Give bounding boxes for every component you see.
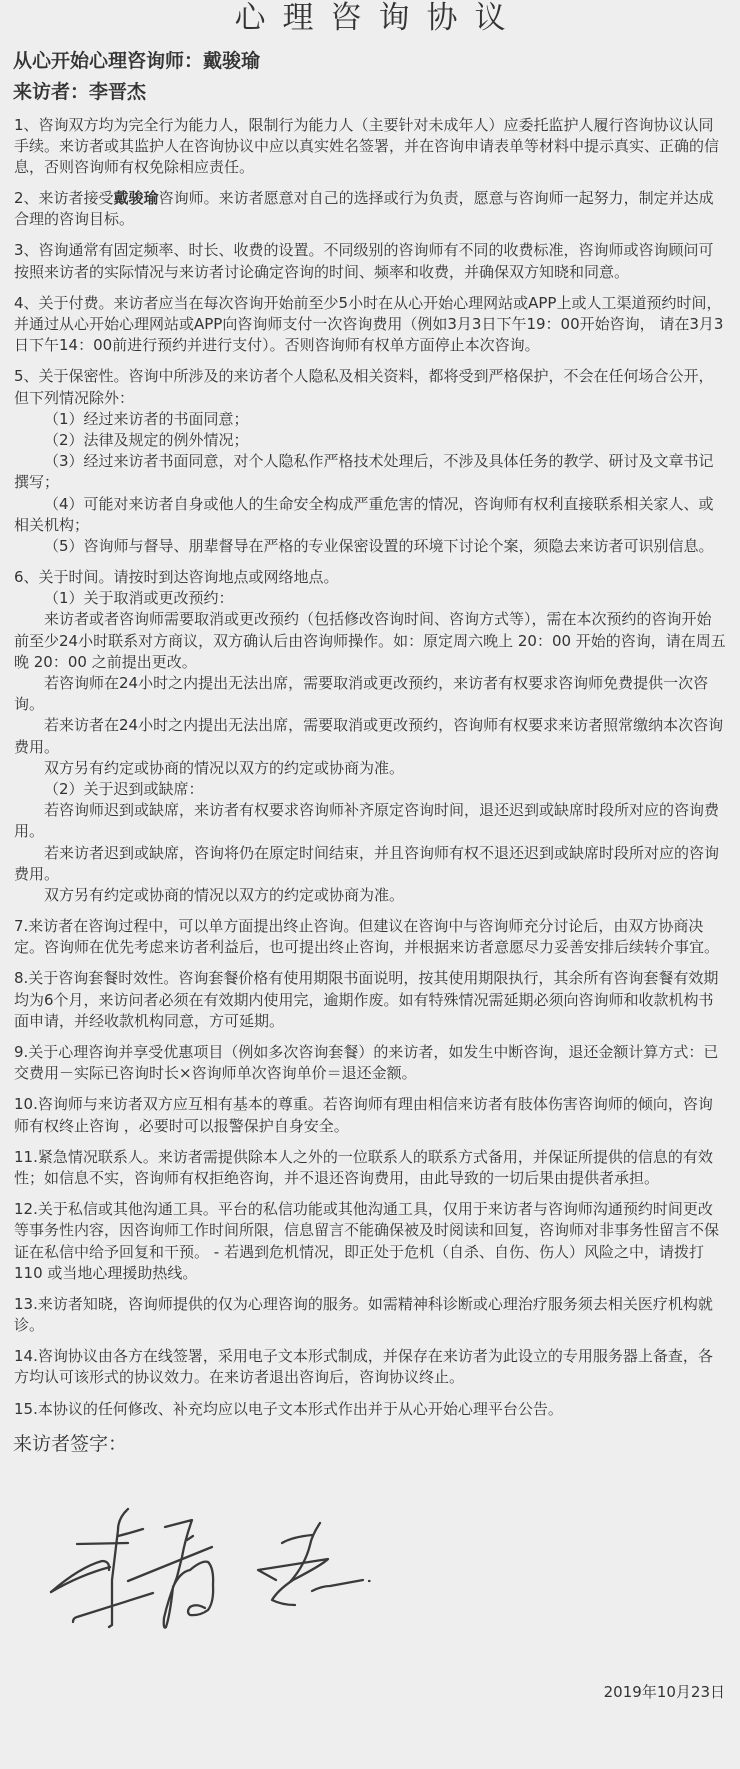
clause-12: 12.关于私信或其他沟通工具。平台的私信功能或其他沟通工具，仅用于来访者与咨询师… (14, 1199, 740, 1284)
counselor-name: 戴骏瑜 (203, 50, 260, 72)
clause-line: 6、关于时间。请按时到达咨询地点或网络地点。 (14, 567, 740, 588)
clause-7: 7.来访者在咨询过程中，可以单方面提出终止咨询。但建议在咨询中与咨询师充分讨论后… (14, 916, 740, 958)
signature-label: 来访者签字： (0, 1430, 740, 1458)
section-line: 用。 (14, 821, 740, 842)
clause-line: 3、咨询通常有固定频率、时长、收费的设置。不同级别的咨询师有不同的收费标准，咨询… (14, 240, 740, 261)
clause-14: 14.咨询协议由各方在线签署，采用电子文本形式制成，并保存在来访者为此设立的专用… (14, 1346, 740, 1388)
section-paragraph: 双方另有约定或协商的情况以双方的约定或协商为准。 (14, 885, 740, 906)
clause-line: 1、咨询双方均为完全行为能力人，限制行为能力人（主要针对未成年人）应委托监护人履… (14, 115, 740, 136)
section-paragraph: 若咨询师在24小时之内提出无法出席，需要取消或更改预约，来访者有权要求咨询师免费… (14, 673, 740, 715)
confidentiality-exception-3: （3）经过来访者书面同意，对个人隐私作严格技术处理后，不涉及具体任务的教学、研讨… (14, 451, 740, 493)
clause-11: 11.紧急情况联系人。来访者需提供除本人之外的一位联系人的联系方式备用，并保证所… (14, 1147, 740, 1189)
signature-stroke (282, 1535, 312, 1543)
signature-stroke (118, 1529, 143, 1536)
visitor-label: 来访者： (13, 81, 89, 103)
section-line: 前至少24小时联系对方商议，双方确认后由咨询师操作。如：原定周六晚上 20：00… (14, 631, 740, 652)
clause-1: 1、咨询双方均为完全行为能力人，限制行为能力人（主要针对未成年人）应委托监护人履… (14, 115, 740, 179)
clause-line: 日下午14：00前进行预约并进行支付）。否则咨询师有权单方面停止本次咨询。 (14, 335, 740, 356)
exception-line: （1）经过来访者的书面同意； (14, 409, 740, 430)
clause-6: 6、关于时间。请按时到达咨询地点或网络地点。 （1）关于取消或更改预约： 来访者… (14, 567, 740, 906)
clause-line: 师有权终止咨询 ，必要时可以报警保护自身安全。 (14, 1116, 740, 1137)
clause-line: 方均认可该形式的协议效力。在来访者退出咨询后，咨询协议终止。 (14, 1367, 740, 1388)
clause-3: 3、咨询通常有固定频率、时长、收费的设置。不同级别的咨询师有不同的收费标准，咨询… (14, 240, 740, 282)
clause-line: 交费用－实际已咨询时长×咨询师单次咨询单价＝退还金额。 (14, 1063, 740, 1084)
section-line: 双方另有约定或协商的情况以双方的约定或协商为准。 (14, 758, 740, 779)
signature-stroke (77, 1543, 128, 1544)
clause-line: 8.关于咨询套餐时效性。咨询套餐价格有使用期限书面说明，按其使用期限执行，其余所… (14, 968, 740, 989)
clause-line: 10.咨询师与来访者双方应互相有基本的尊重。若咨询师有理由相信来访者有肢体伤害咨… (14, 1094, 740, 1115)
clause-line: 9.关于心理咨询并享受优惠项目（例如多次咨询套餐）的来访者，如发生中断咨询，退还… (14, 1042, 740, 1063)
counselor-label: 从心开始心理咨询师： (13, 50, 203, 72)
visitor-name: 李晋杰 (89, 81, 146, 103)
clause-line: 110 或当地心理援助热线。 (14, 1263, 740, 1284)
section-heading: （2）关于迟到或缺席： (14, 779, 740, 800)
clause-line: 证在私信中给予回复和干预。 - 若遇到危机情况，即正处于危机（自杀、自伤、伤人）… (14, 1242, 740, 1263)
confidentiality-exception-4: （4）可能对来访者自身或他人的生命安全构成严重危害的情况，咨询师有权利直接联系相… (14, 494, 740, 536)
clause-line: 按照来访者的实际情况与来访者讨论确定咨询的时间、频率和收费，并确保双方知晓和同意… (14, 262, 740, 283)
clause-line: 2、来访者接受戴骏瑜咨询师。来访者愿意对自己的选择或行为负责，愿意与咨询师一起努… (14, 188, 740, 209)
visitor-signature (30, 1490, 390, 1640)
clause-line: 息，否则咨询师有权免除相应责任。 (14, 157, 740, 178)
agreement-parties: 从心开始心理咨询师：戴骏瑜 来访者：李晋杰 (0, 46, 740, 108)
signature-stroke (109, 1509, 128, 1627)
signature-date: 2019年10月23日 (604, 1682, 725, 1702)
signature-stroke (164, 1562, 213, 1628)
section-line: 若咨询师在24小时之内提出无法出席，需要取消或更改预约，来访者有权要求咨询师免费… (14, 673, 740, 694)
clause-line: 均为6个月，来访问者必须在有效期内使用完，逾期作废。如有特殊情况需延期必须向咨询… (14, 990, 740, 1011)
clause-line: 13.来访者知晓，咨询师提供的仅为心理咨询的服务。如需精神科诊断或心理治疗服务须… (14, 1294, 740, 1315)
visitor-line: 来访者：李晋杰 (13, 77, 740, 108)
agreement-page: 心理咨询协议 从心开始心理咨询师：戴骏瑜 来访者：李晋杰 1、咨询双方均为完全行… (0, 0, 740, 1769)
section-paragraph: 来访者或者咨询师需要取消或更改预约（包括修改咨询时间、咨询方式等），需在本次预约… (14, 609, 740, 673)
signature-stroke (258, 1559, 328, 1605)
clause-line: 面申请，并经收款机构同意，方可延期。 (14, 1011, 740, 1032)
clause-9: 9.关于心理咨询并享受优惠项目（例如多次咨询套餐）的来访者，如发生中断咨询，退还… (14, 1042, 740, 1084)
clause-line: 15.本协议的任何修改、补充均应以电子文本形式作出并于从心开始心理平台公告。 (14, 1399, 740, 1420)
counselor-name-emphasis: 戴骏瑜 (114, 189, 159, 207)
exception-line: （4）可能对来访者自身或他人的生命安全构成严重危害的情况，咨询师有权利直接联系相… (14, 494, 740, 515)
section-line: 若咨询师迟到或缺席，来访者有权要求咨询师补齐原定咨询时间，退还迟到或缺席时段所对… (14, 800, 740, 821)
section-line: 晚 20：00 之前提出更改。 (14, 652, 740, 673)
clause-15: 15.本协议的任何修改、补充均应以电子文本形式作出并于从心开始心理平台公告。 (14, 1399, 740, 1420)
clause-8: 8.关于咨询套餐时效性。咨询套餐价格有使用期限书面说明，按其使用期限执行，其余所… (14, 968, 740, 1032)
clause-text: 2、来访者接受 (14, 189, 114, 207)
clause-13: 13.来访者知晓，咨询师提供的仅为心理咨询的服务。如需精神科诊断或心理治疗服务须… (14, 1294, 740, 1336)
clause-line: 5、关于保密性。咨询中所涉及的来访者个人隐私及相关资料，都将受到严格保护，不会在… (14, 366, 740, 387)
section-line: 若来访者迟到或缺席，咨询将仍在原定时间结束，并且咨询师有权不退还迟到或缺席时段所… (14, 843, 740, 864)
clause-10: 10.咨询师与来访者双方应互相有基本的尊重。若咨询师有理由相信来访者有肢体伤害咨… (14, 1094, 740, 1136)
section-line: 来访者或者咨询师需要取消或更改预约（包括修改咨询时间、咨询方式等），需在本次预约… (14, 609, 740, 630)
clause-4: 4、关于付费。来访者应当在每次咨询开始前至少5小时在从心开始心理网站或APP上或… (14, 293, 740, 357)
agreement-clauses: 1、咨询双方均为完全行为能力人，限制行为能力人（主要针对未成年人）应委托监护人履… (0, 115, 740, 1420)
exception-line: 撰写； (14, 472, 740, 493)
signature-stroke (165, 1520, 192, 1577)
section-paragraph: 若来访者迟到或缺席，咨询将仍在原定时间结束，并且咨询师有权不退还迟到或缺席时段所… (14, 843, 740, 885)
clause-line: 4、关于付费。来访者应当在每次咨询开始前至少5小时在从心开始心理网站或APP上或… (14, 293, 740, 314)
clause-line: 手续。来访者或其监护人在咨询协议中应以真实姓名签署，并在咨询申请表单等材料中提示… (14, 136, 740, 157)
clause-line: 诊。 (14, 1315, 740, 1336)
clause-line: 定。咨询师在优先考虑来访者利益后，也可提出终止咨询，并根据来访者意愿尽力妥善安排… (14, 937, 740, 958)
clause-line: 12.关于私信或其他沟通工具。平台的私信功能或其他沟通工具，仅用于来访者与咨询师… (14, 1199, 740, 1220)
exception-line: （2）法律及规定的例外情况； (14, 430, 740, 451)
exception-line: （3）经过来访者书面同意，对个人隐私作严格技术处理后，不涉及具体任务的教学、研讨… (14, 451, 740, 472)
clause-5: 5、关于保密性。咨询中所涉及的来访者个人隐私及相关资料，都将受到严格保护，不会在… (14, 366, 740, 557)
counselor-line: 从心开始心理咨询师：戴骏瑜 (13, 46, 740, 77)
section-line: 费用。 (14, 737, 740, 758)
confidentiality-exception-1: （1）经过来访者的书面同意； (14, 409, 740, 430)
clause-text: 咨询师。来访者愿意对自己的选择或行为负责，愿意与咨询师一起努力，制定并达成 (159, 189, 714, 207)
signature-stroke (312, 1580, 363, 1591)
clause-2: 2、来访者接受戴骏瑜咨询师。来访者愿意对自己的选择或行为负责，愿意与咨询师一起努… (14, 188, 740, 230)
section-line: 费用。 (14, 864, 740, 885)
section-line: 询。 (14, 694, 740, 715)
clause-line: 但下列情况除外： (14, 388, 740, 409)
section-paragraph: 若咨询师迟到或缺席，来访者有权要求咨询师补齐原定咨询时间，退还迟到或缺席时段所对… (14, 800, 740, 842)
clause-line: 合理的咨询目标。 (14, 209, 740, 230)
clause-line: 7.来访者在咨询过程中，可以单方面提出终止咨询。但建议在咨询中与咨询师充分讨论后… (14, 916, 740, 937)
clause-line: 14.咨询协议由各方在线签署，采用电子文本形式制成，并保存在来访者为此设立的专用… (14, 1346, 740, 1367)
clause-line: 并通过从心开始心理网站或APP向咨询师支付一次咨询费用（例如3月3日下午19：0… (14, 314, 740, 335)
section-line: 双方另有约定或协商的情况以双方的约定或协商为准。 (14, 885, 740, 906)
exception-line: 相关机构； (14, 515, 740, 536)
confidentiality-exception-5: （5）咨询师与督导、朋辈督导在严格的专业保密设置的环境下讨论个案，须隐去来访者可… (14, 536, 740, 557)
page-title: 心理咨询协议 (0, 0, 740, 36)
section-cancel-reschedule: （1）关于取消或更改预约： 来访者或者咨询师需要取消或更改预约（包括修改咨询时间… (14, 588, 740, 779)
exception-line: （5）咨询师与督导、朋辈督导在严格的专业保密设置的环境下讨论个案，须隐去来访者可… (14, 536, 740, 557)
clause-line: 性；如信息不实，咨询师有权拒绝咨询，并不退还咨询费用，由此导致的一切后果由提供者… (14, 1168, 740, 1189)
clause-line: 等事务性内容，因咨询师工作时间所限，信息留言不能确保被及时阅读和回复，咨询师对非… (14, 1220, 740, 1241)
section-paragraph: 若来访者在24小时之内提出无法出席，需要取消或更改预约，咨询师有权要求来访者照常… (14, 715, 740, 757)
section-late-absence: （2）关于迟到或缺席： 若咨询师迟到或缺席，来访者有权要求咨询师补齐原定咨询时间… (14, 779, 740, 906)
section-heading: （1）关于取消或更改预约： (14, 588, 740, 609)
confidentiality-exception-2: （2）法律及规定的例外情况； (14, 430, 740, 451)
section-line: 若来访者在24小时之内提出无法出席，需要取消或更改预约，咨询师有权要求来访者照常… (14, 715, 740, 736)
section-paragraph: 双方另有约定或协商的情况以双方的约定或协商为准。 (14, 758, 740, 779)
clause-line: 11.紧急情况联系人。来访者需提供除本人之外的一位联系人的联系方式备用，并保证所… (14, 1147, 740, 1168)
